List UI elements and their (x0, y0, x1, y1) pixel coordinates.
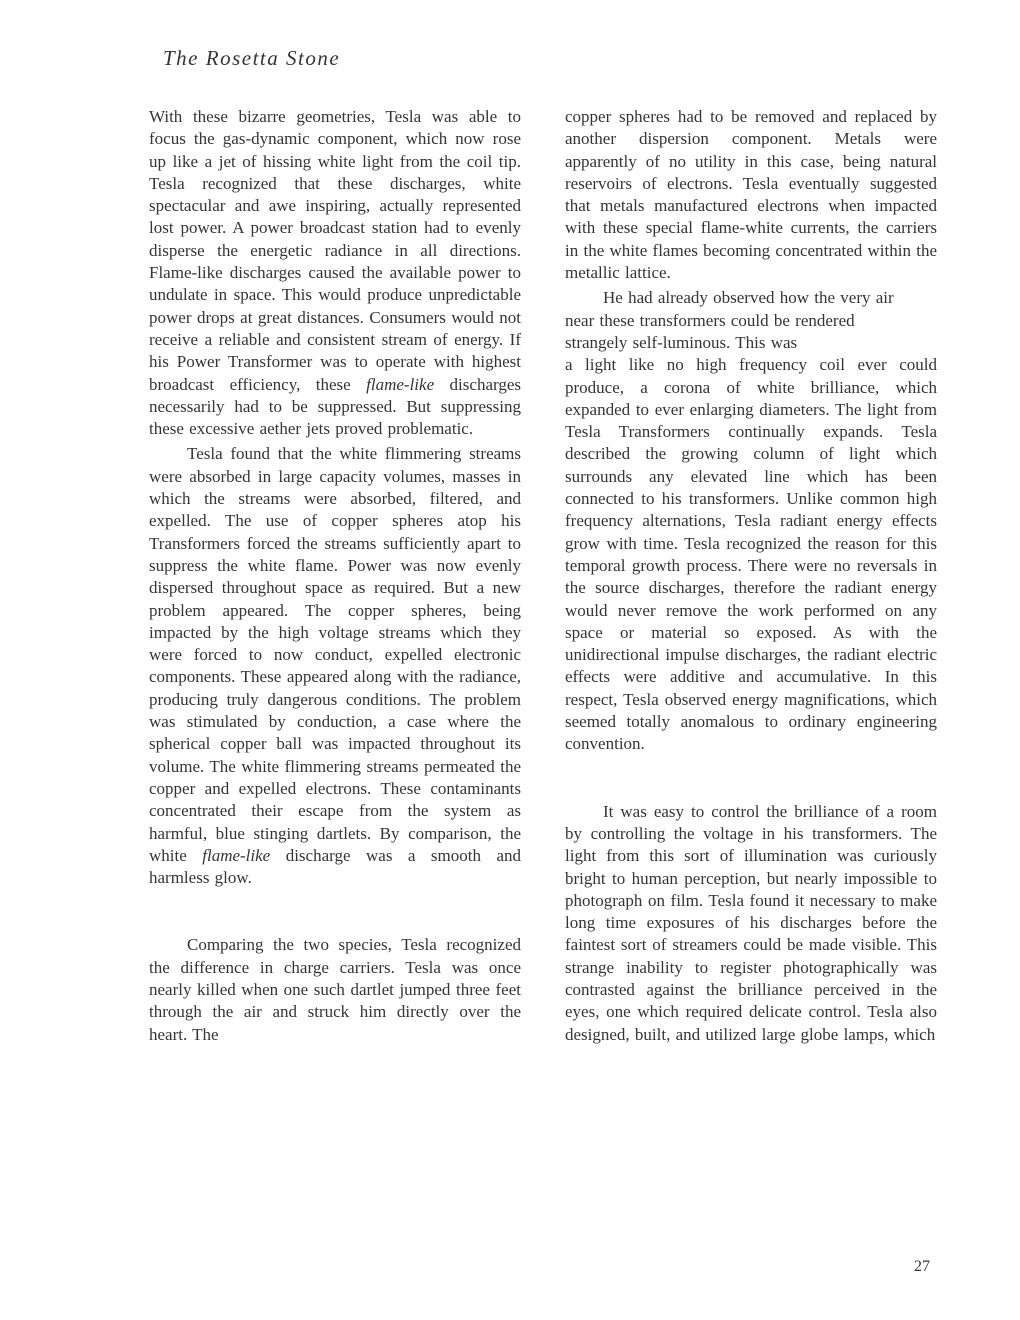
text-run: a light like no high frequency coil ever… (565, 355, 937, 753)
running-header: The Rosetta Stone (163, 46, 340, 71)
document-page: The Rosetta Stone With these bizarre geo… (0, 0, 1020, 1320)
text-run: copper spheres had to be removed and rep… (565, 107, 937, 282)
paragraph: Comparing the two species, Tesla recogni… (149, 934, 521, 1045)
paragraph: With these bizarre geometries, Tesla was… (149, 106, 521, 440)
text-run: near these transformers could be rendere… (565, 311, 855, 330)
emphasized-text: flame-like (366, 375, 434, 394)
right-column: copper spheres had to be removed and rep… (565, 106, 937, 1046)
body-text: With these bizarre geometries, Tesla was… (149, 106, 937, 1046)
paragraph: Tesla found that the white flimmering st… (149, 443, 521, 889)
page-number: 27 (914, 1258, 930, 1276)
paragraph: It was easy to control the brilliance of… (565, 801, 937, 1046)
paragraph: copper spheres had to be removed and rep… (565, 106, 937, 284)
text-run: Tesla found that the white flimmering st… (149, 444, 521, 864)
text-run: Comparing the two species, Tesla recogni… (149, 935, 521, 1043)
text-run: With these bizarre geometries, Tesla was… (149, 107, 521, 394)
text-run: He had already observed how the very air (603, 288, 894, 307)
paragraph: He had already observed how the very air… (565, 287, 937, 755)
left-column: With these bizarre geometries, Tesla was… (149, 106, 521, 1046)
text-run: It was easy to control the brilliance of… (565, 802, 937, 1044)
text-run: strangely self-luminous. This was (565, 333, 797, 352)
emphasized-text: flame-like (202, 846, 270, 865)
